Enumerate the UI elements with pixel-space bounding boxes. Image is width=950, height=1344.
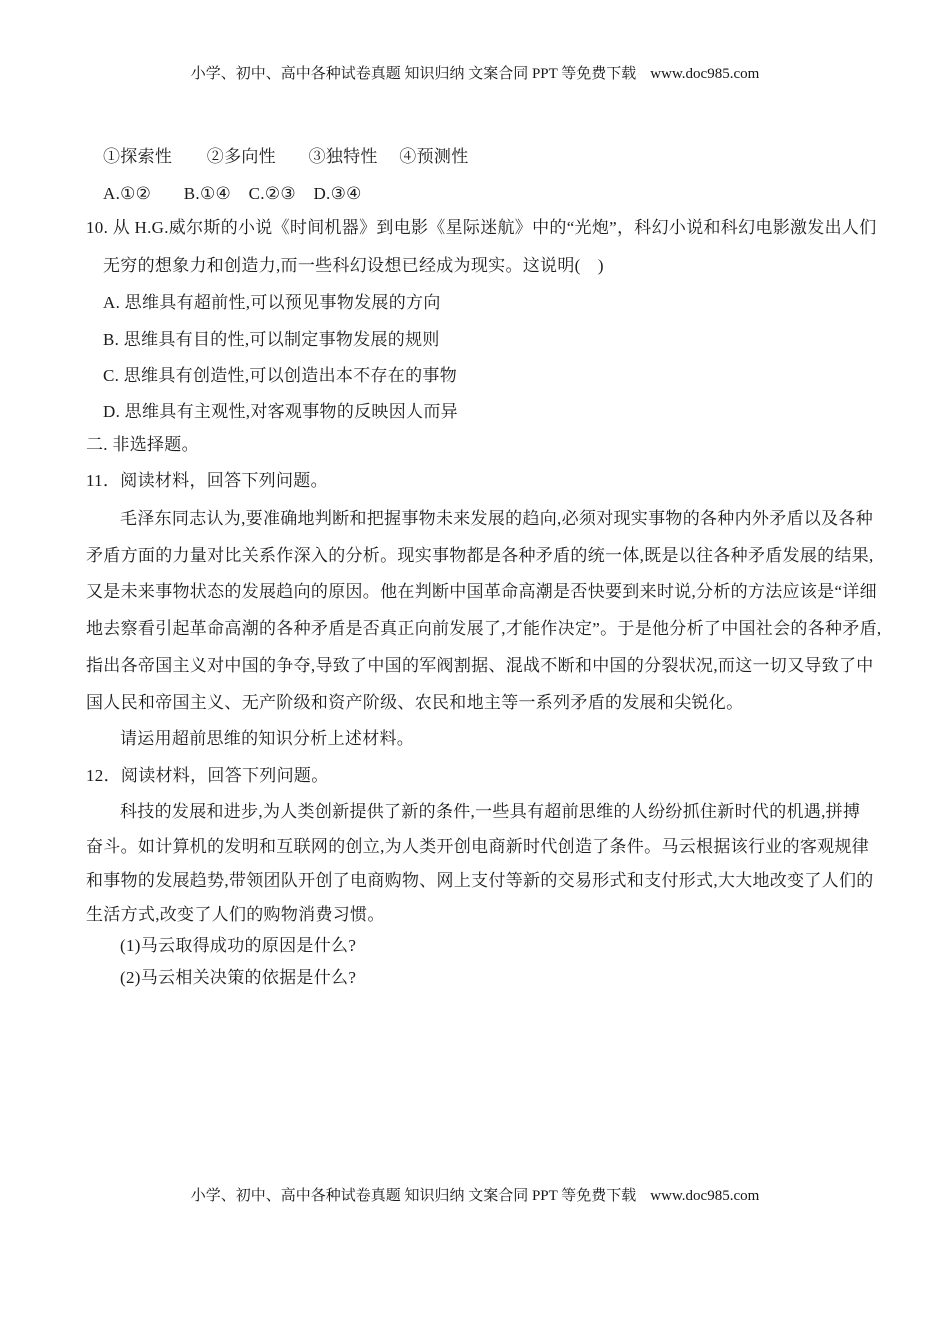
q9-answer-a: A.①② bbox=[103, 184, 151, 203]
q11-paragraph-line: 指出各帝国主义对中国的争夺,导致了中国的军阀割据、混战不断和中国的分裂状况,而这… bbox=[86, 654, 874, 678]
q9-sub-option-3: ③独特性 bbox=[309, 147, 378, 166]
section-2-heading: 二. 非选择题。 bbox=[86, 433, 199, 457]
q12-paragraph-line: 生活方式,改变了人们的购物消费习惯。 bbox=[86, 903, 385, 927]
page-header: 小学、初中、高中各种试卷真题 知识归纳 文案合同 PPT 等免费下载www.do… bbox=[0, 64, 950, 84]
q10-option-a: A. 思维具有超前性,可以预见事物发展的方向 bbox=[103, 291, 441, 315]
q9-answer-c: C.②③ bbox=[249, 184, 296, 203]
q12-sub-question-2: (2)马云相关决策的依据是什么? bbox=[120, 966, 356, 990]
q11-paragraph-line: 毛泽东同志认为,要准确地判断和把握事物未来发展的趋向,必须对现实事物的各种内外矛… bbox=[86, 507, 873, 531]
q12-sub-question-1: (1)马云取得成功的原因是什么? bbox=[120, 934, 356, 958]
q9-sub-option-4: ④预测性 bbox=[399, 147, 468, 166]
q12-paragraph-line: 奋斗。如计算机的发明和互联网的创立,为人类开创电商新时代创造了条件。马云根据该行… bbox=[86, 835, 869, 859]
page-footer: 小学、初中、高中各种试卷真题 知识归纳 文案合同 PPT 等免费下载www.do… bbox=[0, 1186, 950, 1206]
q9-answer-options-row: A.①② B.①④ C.②③ D.③④ bbox=[103, 182, 362, 206]
exam-paper-page: 小学、初中、高中各种试卷真题 知识归纳 文案合同 PPT 等免费下载www.do… bbox=[0, 0, 950, 1344]
q12-paragraph-line: 和事物的发展趋势,带领团队开创了电商购物、网上支付等新的交易形式和支付形式,大大… bbox=[86, 869, 874, 893]
q11-heading: 11．阅读材料，回答下列问题。 bbox=[86, 469, 328, 493]
q12-paragraph-line: 科技的发展和进步,为人类创新提供了新的条件,一些具有超前思维的人纷纷抓住新时代的… bbox=[86, 800, 860, 824]
q10-option-c: C. 思维具有创造性,可以创造出本不存在的事物 bbox=[103, 364, 457, 388]
header-promo-text: 小学、初中、高中各种试卷真题 知识归纳 文案合同 PPT 等免费下载 bbox=[191, 66, 637, 82]
q10-stem-line-1: 10. 从 H.G.威尔斯的小说《时间机器》到电影《星际迷航》中的“光炮”，科幻… bbox=[86, 216, 877, 240]
q11-paragraph-line: 又是未来事物状态的发展趋向的原因。他在判断中国革命高潮是否快要到来时说,分析的方… bbox=[86, 580, 877, 604]
footer-promo-text: 小学、初中、高中各种试卷真题 知识归纳 文案合同 PPT 等免费下载 bbox=[191, 1188, 637, 1204]
q9-sub-options-row: ①探索性 ②多向性 ③独特性 ④预测性 bbox=[103, 145, 469, 169]
q9-answer-b: B.①④ bbox=[184, 184, 231, 203]
q11-paragraph-line: 矛盾方面的力量对比关系作深入的分析。现实事物都是各种矛盾的统一体,既是以往各种矛… bbox=[86, 544, 874, 568]
q10-option-d: D. 思维具有主观性,对客观事物的反映因人而异 bbox=[103, 400, 458, 424]
q9-sub-option-1: ①探索性 bbox=[103, 147, 172, 166]
q10-option-b: B. 思维具有目的性,可以制定事物发展的规则 bbox=[103, 328, 440, 352]
q11-task-line: 请运用超前思维的知识分析上述材料。 bbox=[120, 727, 414, 751]
q9-answer-d: D.③④ bbox=[313, 184, 361, 203]
q9-sub-option-2: ②多向性 bbox=[207, 147, 276, 166]
q11-paragraph-line: 地去察看引起革命高潮的各种矛盾是否真正向前发展了,才能作决定”。于是他分析了中国… bbox=[86, 617, 881, 641]
q11-paragraph-line: 国人民和帝国主义、无产阶级和资产阶级、农民和地主等一系列矛盾的发展和尖锐化。 bbox=[86, 691, 743, 715]
q12-heading: 12．阅读材料，回答下列问题。 bbox=[86, 764, 329, 788]
footer-site-url: www.doc985.com bbox=[650, 1188, 759, 1204]
header-site-url: www.doc985.com bbox=[650, 66, 759, 82]
q10-stem-line-2: 无穷的想象力和创造力,而一些科幻设想已经成为现实。这说明( ) bbox=[103, 254, 604, 278]
